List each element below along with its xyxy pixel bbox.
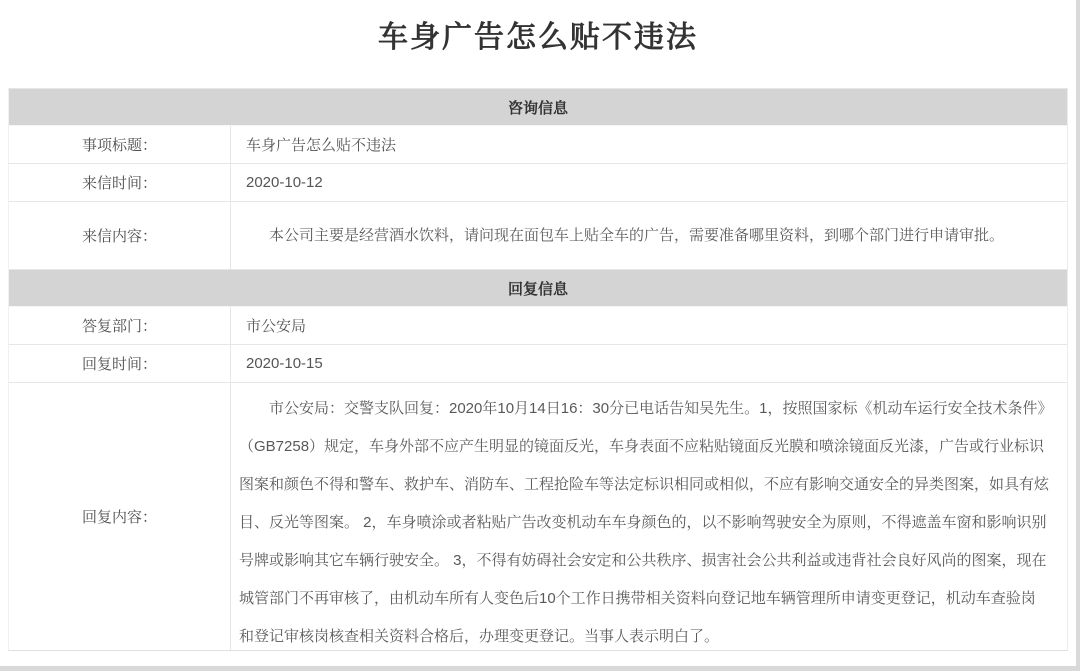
row-label-letter-content: 来信内容： [9, 202, 231, 269]
row-value-reply-date: 2020-10-15 [231, 345, 1067, 382]
consultation-table: 咨询信息 事项标题： 车身广告怎么贴不违法 来信时间： 2020-10-12 来… [8, 88, 1068, 651]
reply-content-text: 市公安局：交警支队回复：2020年10月14日16：30分已电话告知吴先生。1，… [239, 383, 1049, 656]
page: 车身广告怎么贴不违法 咨询信息 事项标题： 车身广告怎么贴不违法 来信时间： 2… [0, 0, 1080, 671]
page-title: 车身广告怎么贴不违法 [0, 0, 1076, 59]
table-row-letter-content: 来信内容： 本公司主要是经营酒水饮料，请问现在面包车上贴全车的广告，需要准备哪里… [9, 202, 1067, 270]
letter-content-text: 本公司主要是经营酒水饮料，请问现在面包车上贴全车的广告，需要准备哪里资料，到哪个… [239, 217, 1004, 255]
row-value-letter-content: 本公司主要是经营酒水饮料，请问现在面包车上贴全车的广告，需要准备哪里资料，到哪个… [231, 202, 1067, 269]
row-label-subject: 事项标题： [9, 126, 231, 163]
table-row-reply-content: 回复内容： 市公安局：交警支队回复：2020年10月14日16：30分已电话告知… [9, 383, 1067, 650]
row-value-reply-dept: 市公安局 [231, 307, 1067, 344]
table-row-reply-date: 回复时间： 2020-10-15 [9, 345, 1067, 383]
row-label-reply-date: 回复时间： [9, 345, 231, 382]
section-header-consult: 咨询信息 [9, 89, 1067, 126]
row-label-reply-dept: 答复部门： [9, 307, 231, 344]
row-label-reply-content: 回复内容： [9, 383, 231, 650]
table-row-reply-dept: 答复部门： 市公安局 [9, 307, 1067, 345]
section-header-reply: 回复信息 [9, 270, 1067, 307]
table-row-letter-date: 来信时间： 2020-10-12 [9, 164, 1067, 202]
row-value-letter-date: 2020-10-12 [231, 164, 1067, 201]
row-value-reply-content: 市公安局：交警支队回复：2020年10月14日16：30分已电话告知吴先生。1，… [231, 383, 1067, 650]
row-label-letter-date: 来信时间： [9, 164, 231, 201]
table-row-subject: 事项标题： 车身广告怎么贴不违法 [9, 126, 1067, 164]
row-value-subject: 车身广告怎么贴不违法 [231, 126, 1067, 163]
